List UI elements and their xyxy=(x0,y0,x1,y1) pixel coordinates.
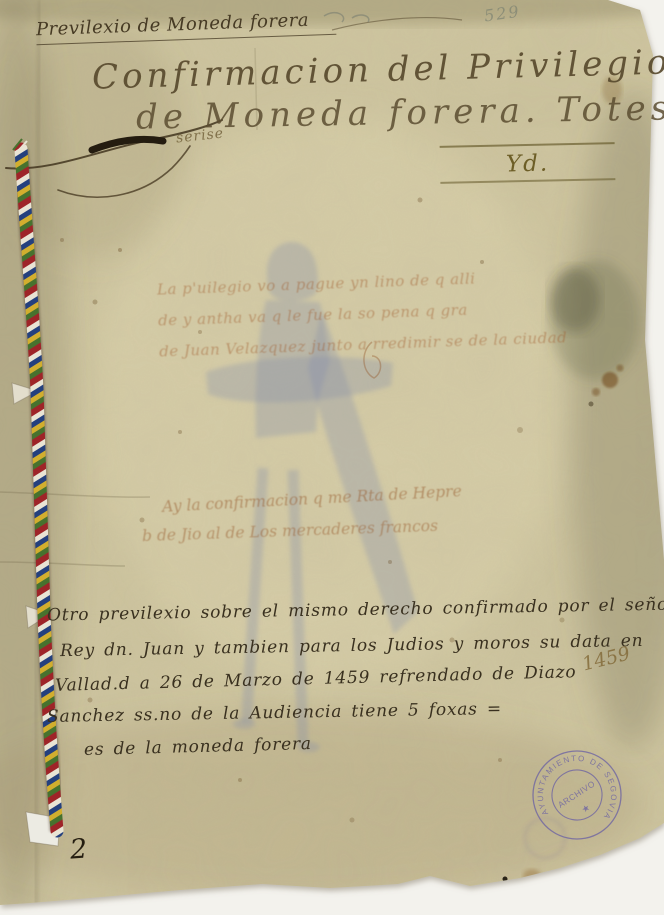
folio-number: 2 xyxy=(69,833,88,865)
parchment-scene: AYUNTAMIENTO DE SEGOVIA ARCHIVO ★ xyxy=(0,0,664,915)
faint-showthrough-text: La p'uilegio vo a pague yn lino de q all… xyxy=(157,257,650,367)
parchment-blotch-texture xyxy=(0,0,664,915)
shelfmark: Yd. xyxy=(440,142,616,184)
manuscript-scan: AYUNTAMIENTO DE SEGOVIA ARCHIVO ★ Previl… xyxy=(0,0,664,915)
